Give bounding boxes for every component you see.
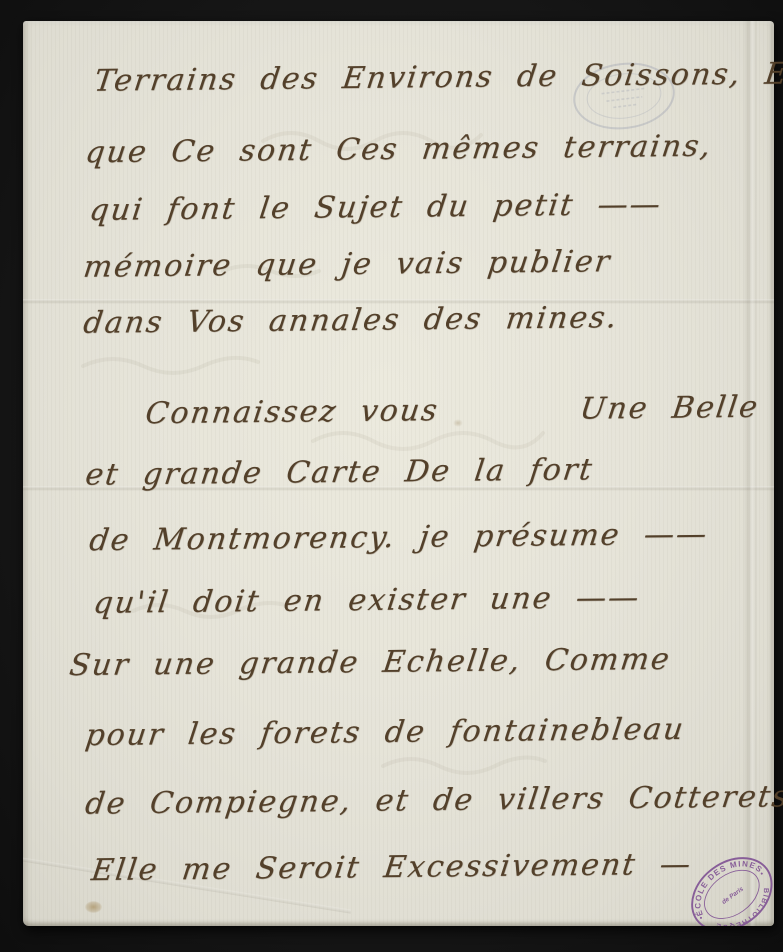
letter-line-12: de Compiegne, et de villers Cotterets bbox=[83, 779, 783, 821]
letter-line-9: qu'il doit en exister une —— bbox=[91, 580, 642, 621]
letter-line-4: mémoire que je vais publier bbox=[81, 244, 613, 285]
letter-line-13: Elle me Seroit Excessivement — bbox=[89, 847, 694, 888]
letter-line-7: et grande Carte De la fort bbox=[83, 452, 595, 492]
manuscript-scan: ÉCOLE DES MINES BIBLIOTHÈQUE de Paris • … bbox=[0, 0, 783, 952]
letter-line-2: que Ce sont Ces mêmes terrains, bbox=[83, 129, 714, 171]
letter-line-3: qui font le Sujet du petit —— bbox=[87, 187, 664, 228]
letter-line-6: Connaissez vous Une Belle bbox=[143, 390, 761, 431]
letter-line-5: dans Vos annales des mines. bbox=[81, 300, 620, 341]
paper-stain bbox=[85, 901, 102, 913]
stamp-center-text: de Paris bbox=[721, 885, 746, 906]
letter-line-10: Sur une grande Echelle, Comme bbox=[67, 642, 673, 683]
letter-line-11: pour les forets de fontainebleau bbox=[83, 712, 687, 753]
letter-line-8: de Montmorency. je présume —— bbox=[87, 517, 710, 558]
letter-line-1: Terrains des Environs de Soissons, Et bbox=[92, 56, 783, 98]
